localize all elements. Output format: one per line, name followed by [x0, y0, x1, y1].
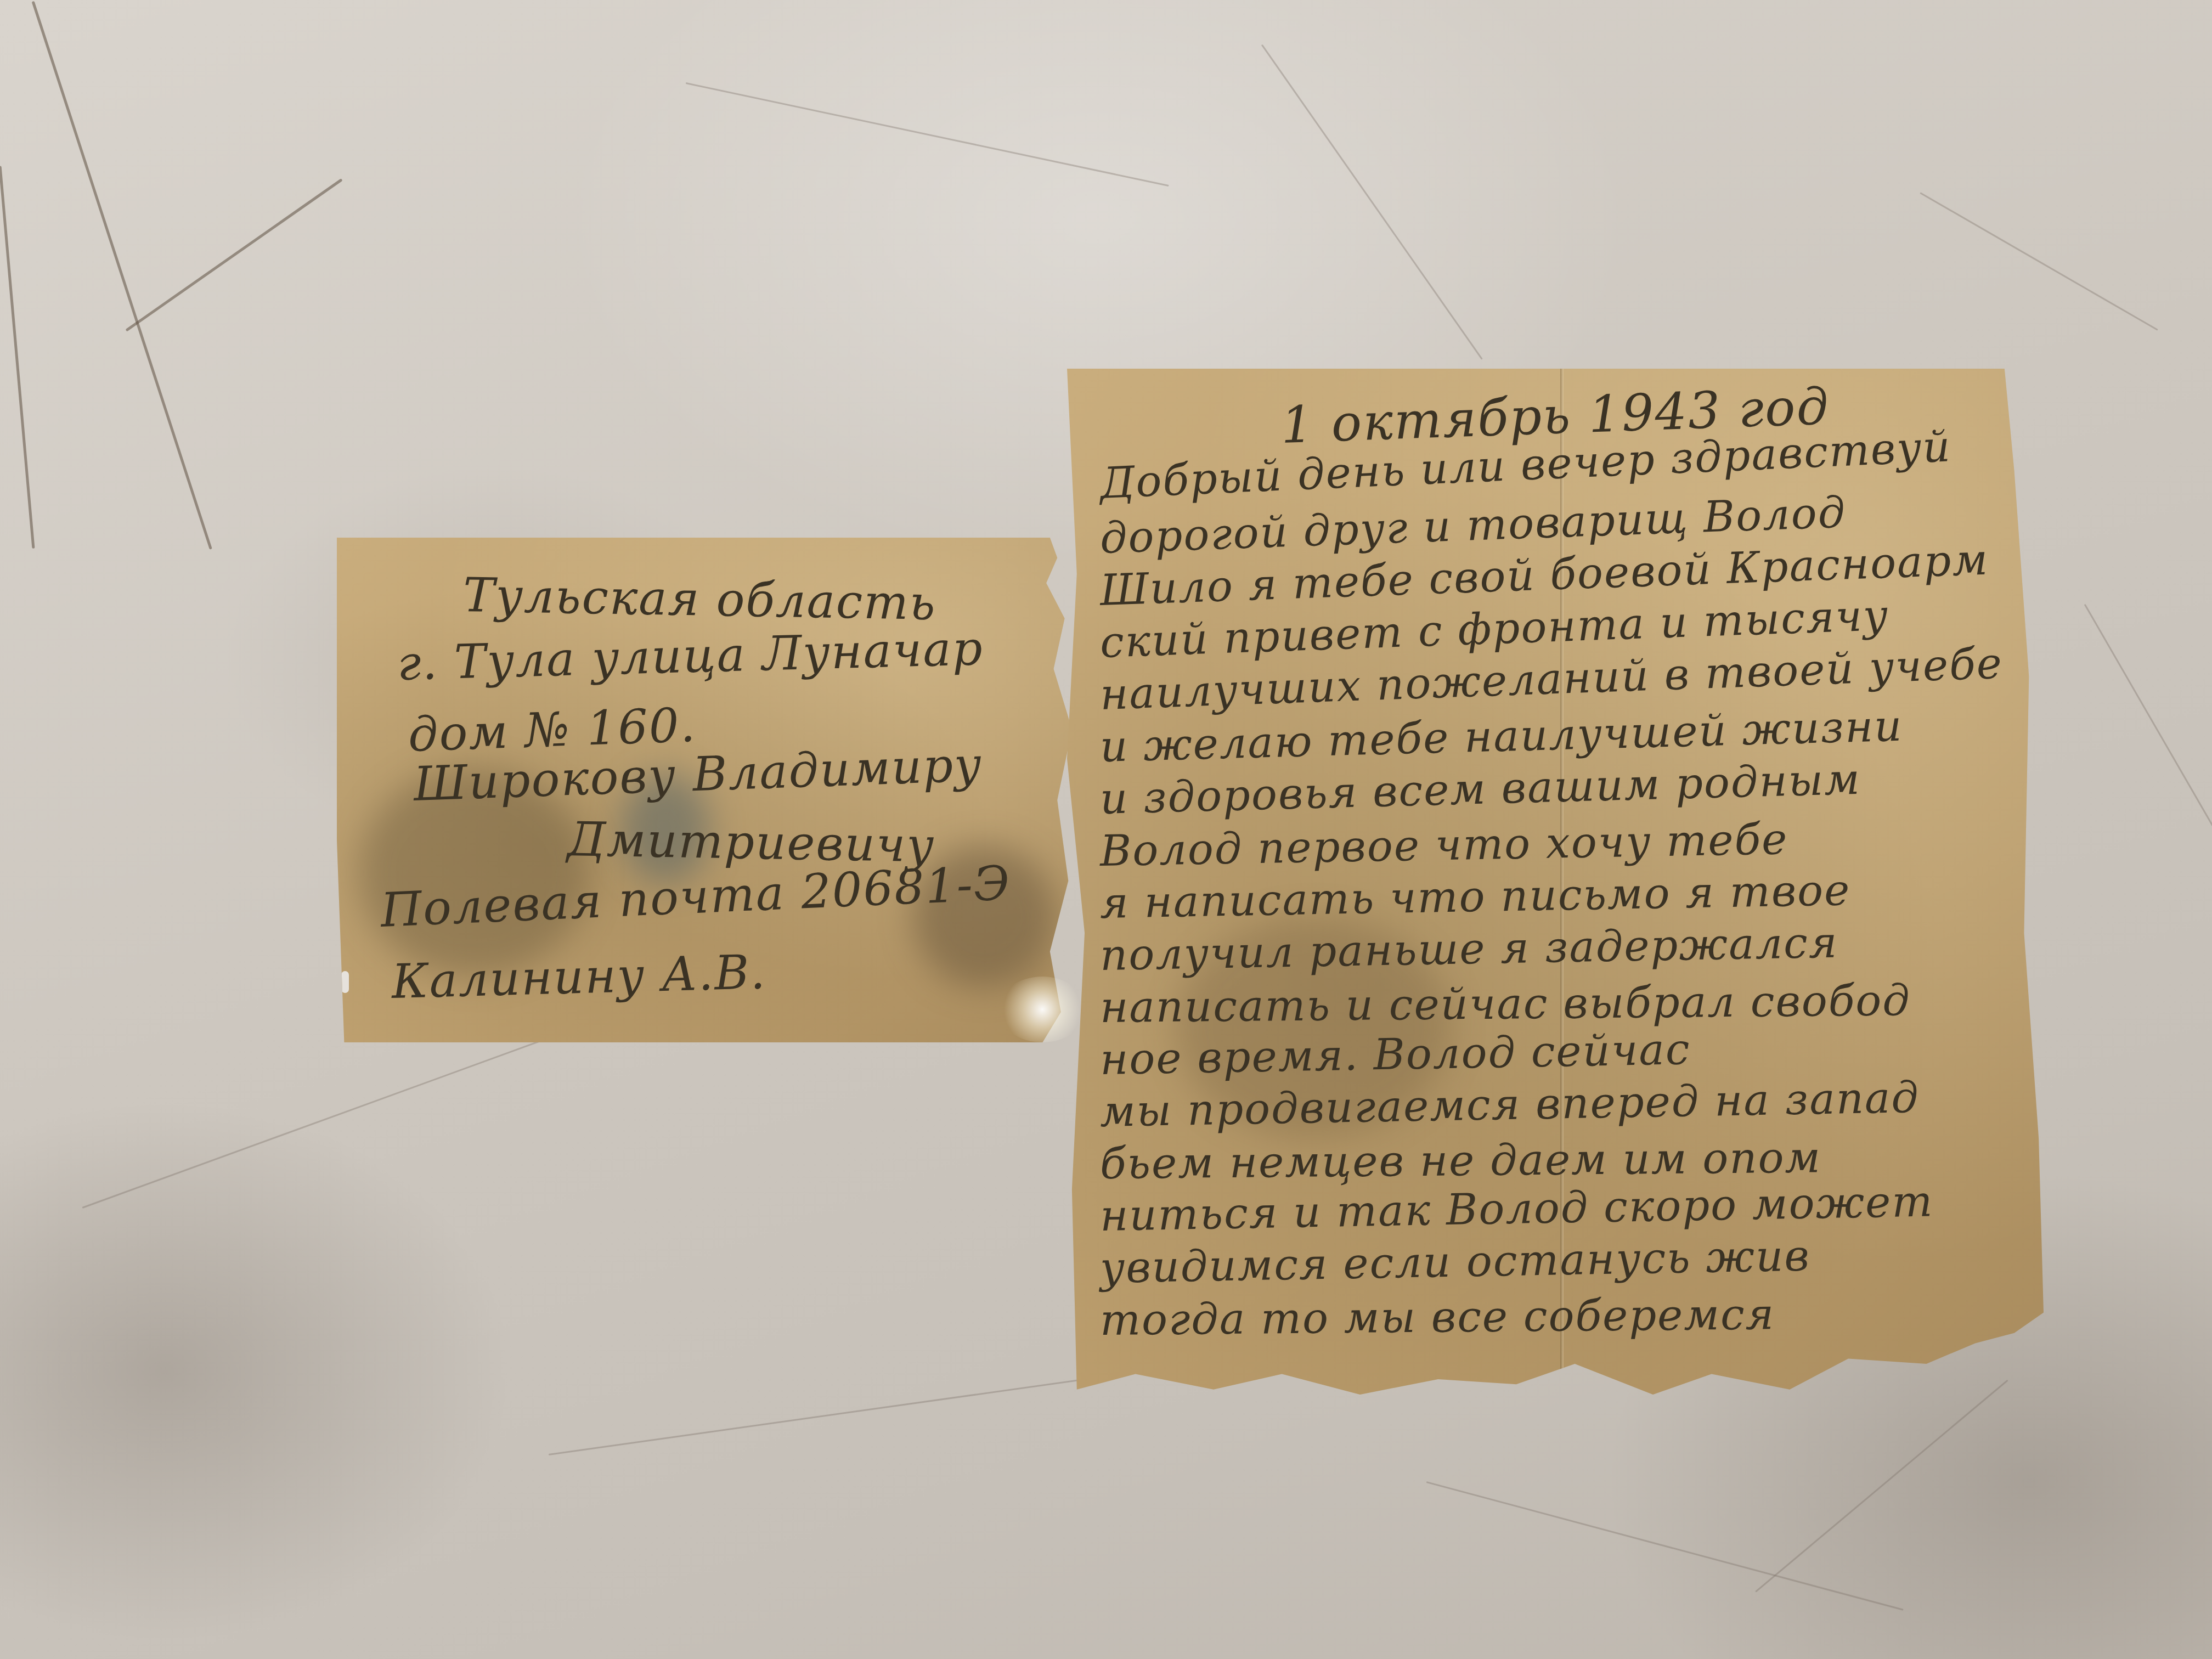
marble-vein — [549, 1370, 1147, 1455]
address-line: Калинину А.В. — [391, 945, 767, 1009]
marble-vein — [1426, 1481, 1904, 1611]
marble-vein — [32, 1, 212, 550]
marble-vein — [686, 82, 1169, 187]
letter-line: тогда то мы все соберемся — [1100, 1290, 1775, 1345]
letter-line: получил раньше я задержался — [1099, 918, 1838, 980]
address-line: г. Тула улица Луначар — [397, 621, 984, 691]
letter-line: ное время. Волод сейчас — [1099, 1025, 1691, 1085]
marble-vein — [0, 166, 35, 549]
marble-vein — [1920, 192, 2158, 331]
marble-vein — [82, 1038, 546, 1209]
address-line: Тульская область — [462, 568, 936, 631]
punch-hole — [341, 971, 349, 993]
letter-line: увидимся если останусь жив — [1099, 1231, 1810, 1293]
marble-vein — [1755, 1380, 2008, 1593]
marble-vein — [2084, 604, 2212, 843]
letter-line: я написать что письмо я твое — [1099, 866, 1851, 928]
letter-line: написать и сейчас выбрал свобод — [1100, 976, 1911, 1032]
light-reflection — [998, 977, 1086, 1042]
letter-page: 1 октябрь 1943 год Добрый день или вечер… — [1067, 369, 2044, 1395]
letter-line: Волод первое что хочу тебе — [1099, 815, 1788, 876]
marble-vein — [1261, 44, 1483, 360]
marble-vein — [126, 178, 343, 331]
address-card: Тульская область г. Тула улица Луначар д… — [337, 538, 1072, 1042]
